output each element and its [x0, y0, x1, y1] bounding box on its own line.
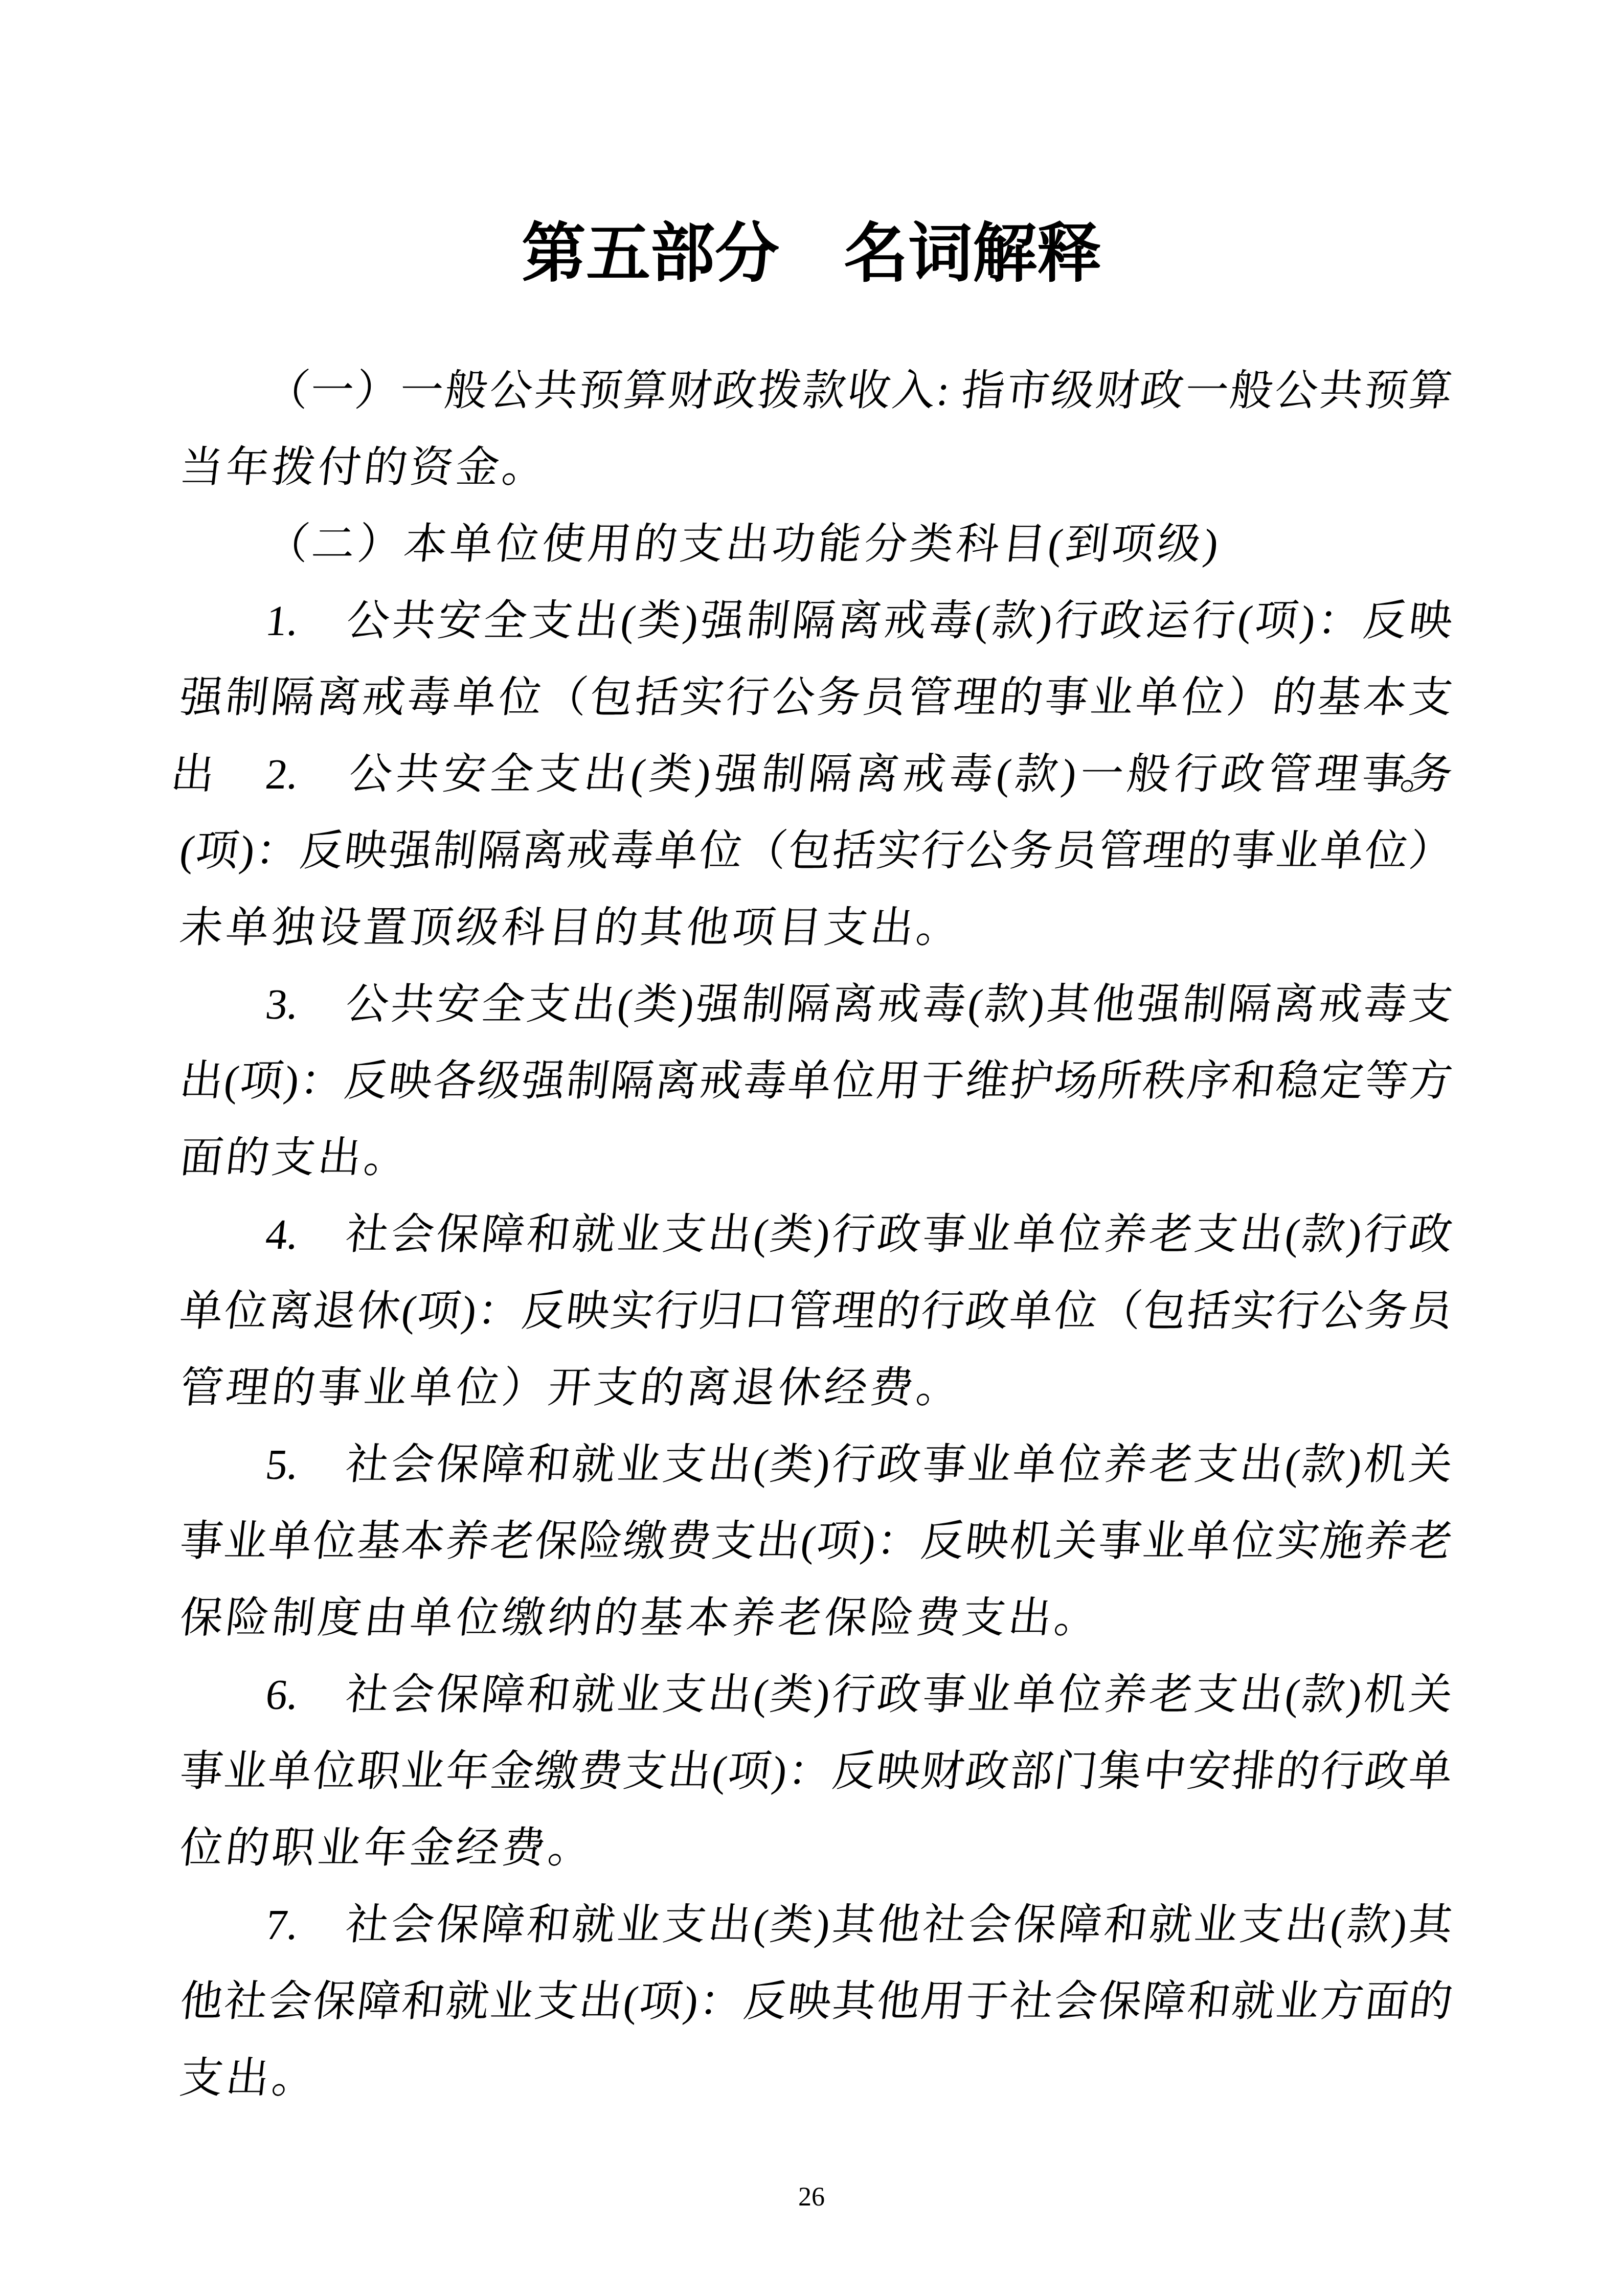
text-line: 管理的事业单位）开支的离退休经费。 — [175, 1350, 1456, 1427]
text-line: 3. 公共安全支出(类)强制隔离戒毒(款)其他强制隔离戒毒支 — [175, 966, 1456, 1043]
text-line: 当年拨付的资金。 — [175, 430, 1456, 506]
page-number: 26 — [0, 2179, 1623, 2215]
paragraph-item-1: 1. 公共安全支出(类)强制隔离戒毒(款)行政运行(项)：反映 强制隔离戒毒单位… — [180, 583, 1452, 736]
text-line: 强制隔离戒毒单位（包括实行公务员管理的事业单位）的基本支出。 — [175, 660, 1456, 736]
page-title: 第五部分 名词解释 — [0, 204, 1623, 306]
text-line: 7. 社会保障和就业支出(类)其他社会保障和就业支出(款)其 — [175, 1887, 1456, 1964]
paragraph-yi: （一）一般公共预算财政拨款收入: 指市级财政一般公共预算 当年拨付的资金。 — [180, 353, 1452, 506]
text-line: 他社会保障和就业支出(项)：反映其他用于社会保障和就业方面的 — [175, 1964, 1456, 2040]
text-line: (项)：反映强制隔离戒毒单位（包括实行公务员管理的事业单位） — [175, 813, 1456, 890]
text-line: 保险制度由单位缴纳的基本养老保险费支出。 — [175, 1580, 1456, 1657]
text-line: 支出。 — [175, 2040, 1456, 2117]
paragraph-item-5: 5. 社会保障和就业支出(类)行政事业单位养老支出(款)机关 事业单位基本养老保… — [180, 1427, 1452, 1657]
text-line: 面的支出。 — [175, 1120, 1456, 1197]
text-line: 事业单位职业年金缴费支出(项)：反映财政部门集中安排的行政单 — [175, 1734, 1456, 1810]
paragraph-er: （二）本单位使用的支出功能分类科目(到项级) — [180, 506, 1452, 583]
text-line: （二）本单位使用的支出功能分类科目(到项级) — [175, 506, 1456, 583]
text-line: 出(项)：反映各级强制隔离戒毒单位用于维护场所秩序和稳定等方 — [175, 1043, 1456, 1120]
text-line: 未单独设置顶级科目的其他项目支出。 — [175, 890, 1456, 966]
text-line: 6. 社会保障和就业支出(类)行政事业单位养老支出(款)机关 — [175, 1657, 1456, 1734]
document-body: （一）一般公共预算财政拨款收入: 指市级财政一般公共预算 当年拨付的资金。 （二… — [180, 353, 1452, 2117]
text-line: （一）一般公共预算财政拨款收入: 指市级财政一般公共预算 — [175, 353, 1456, 430]
text-line: 单位离退休(项)：反映实行归口管理的行政单位（包括实行公务员 — [175, 1273, 1456, 1350]
text-line: 位的职业年金经费。 — [175, 1810, 1456, 1887]
paragraph-item-4: 4. 社会保障和就业支出(类)行政事业单位养老支出(款)行政 单位离退休(项)：… — [180, 1197, 1452, 1427]
document-page: 第五部分 名词解释 （一）一般公共预算财政拨款收入: 指市级财政一般公共预算 当… — [0, 0, 1623, 2296]
text-line: 4. 社会保障和就业支出(类)行政事业单位养老支出(款)行政 — [175, 1197, 1456, 1273]
text-line: 1. 公共安全支出(类)强制隔离戒毒(款)行政运行(项)：反映 — [175, 583, 1456, 660]
paragraph-item-2: 2. 公共安全支出(类)强制隔离戒毒(款)一般行政管理事务 (项)：反映强制隔离… — [180, 736, 1452, 966]
paragraph-item-7: 7. 社会保障和就业支出(类)其他社会保障和就业支出(款)其 他社会保障和就业支… — [180, 1887, 1452, 2117]
paragraph-item-3: 3. 公共安全支出(类)强制隔离戒毒(款)其他强制隔离戒毒支 出(项)：反映各级… — [180, 966, 1452, 1197]
text-line: 2. 公共安全支出(类)强制隔离戒毒(款)一般行政管理事务 — [175, 736, 1456, 813]
paragraph-item-6: 6. 社会保障和就业支出(类)行政事业单位养老支出(款)机关 事业单位职业年金缴… — [180, 1657, 1452, 1887]
text-line: 事业单位基本养老保险缴费支出(项)：反映机关事业单位实施养老 — [175, 1503, 1456, 1580]
text-line: 5. 社会保障和就业支出(类)行政事业单位养老支出(款)机关 — [175, 1427, 1456, 1503]
